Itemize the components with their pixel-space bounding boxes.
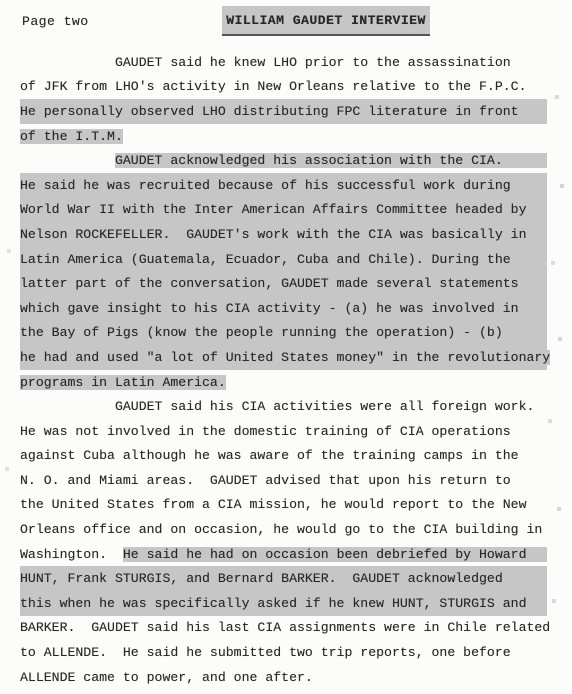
text-line: He said he was recruited because of his … [20, 173, 547, 198]
document-page: Page two WILLIAM GAUDET INTERVIEW GAUDET… [0, 0, 572, 694]
text-line: He was not involved in the domestic trai… [20, 419, 547, 444]
line-highlighted-text: He said he had on occasion been debriefe… [123, 547, 547, 562]
text-line: Washington. He said he had on occasion b… [20, 542, 547, 567]
line-highlighted-text: HUNT, Frank STURGIS, and Bernard BARKER.… [20, 571, 503, 586]
line-highlighted-text: He said he was recruited because of his … [20, 178, 511, 193]
line-highlighted-text: Latin America (Guatemala, Ecuador, Cuba … [20, 252, 511, 267]
text-line: World War II with the Inter American Aff… [20, 198, 547, 223]
text-line: He personally observed LHO distributing … [20, 99, 547, 124]
line-plain-text [20, 153, 115, 168]
text-line: which gave insight to his CIA activity -… [20, 296, 547, 321]
line-highlighted-text: Nelson ROCKEFELLER. GAUDET's work with t… [20, 227, 526, 242]
text-line: programs in Latin America. [20, 370, 547, 395]
text-line: GAUDET said his CIA activities were all … [20, 394, 547, 419]
line-plain-text: against Cuba although he was aware of th… [20, 448, 519, 463]
text-line: to ALLENDE. He said he submitted two tri… [20, 640, 547, 665]
line-highlighted-text: GAUDET acknowledged his association with… [115, 153, 547, 168]
text-line: Latin America (Guatemala, Ecuador, Cuba … [20, 247, 547, 272]
text-line: ALLENDE came to power, and one after. [20, 665, 547, 690]
page-number-label: Page two [22, 14, 89, 29]
line-plain-text: ALLENDE came to power, and one after. [20, 670, 313, 685]
text-line: N. O. and Miami areas. GAUDET advised th… [20, 468, 547, 493]
line-plain-text: to ALLENDE. He said he submitted two tri… [20, 645, 511, 660]
text-line: latter part of the conversation, GAUDET … [20, 271, 547, 296]
line-plain-text: BARKER. GAUDET said his last CIA assignm… [20, 620, 550, 635]
text-line: GAUDET said he knew LHO prior to the ass… [20, 50, 547, 75]
line-highlighted-text: programs in Latin America. [20, 375, 226, 390]
text-line: GAUDET acknowledged his association with… [20, 148, 547, 173]
text-line: BARKER. GAUDET said his last CIA assignm… [20, 616, 547, 641]
line-highlighted-text: he had and used "a lot of United States … [20, 350, 550, 365]
line-plain-text: N. O. and Miami areas. GAUDET advised th… [20, 473, 511, 488]
text-line: he had and used "a lot of United States … [20, 345, 547, 370]
text-line: the Bay of Pigs (know the people running… [20, 321, 547, 346]
line-highlighted-text: World War II with the Inter American Aff… [20, 202, 526, 217]
scan-noise-specks [0, 0, 2, 2]
text-line: Orleans office and on occasion, he would… [20, 517, 547, 542]
text-line: of JFK from LHO's activity in New Orlean… [20, 75, 547, 100]
line-plain-text: He was not involved in the domestic trai… [20, 424, 511, 439]
line-plain-text: GAUDET said his CIA activities were all … [20, 399, 534, 414]
page-title: WILLIAM GAUDET INTERVIEW [226, 13, 426, 28]
line-highlighted-text: of the I.T.M. [20, 129, 123, 144]
line-highlighted-text: He personally observed LHO distributing … [20, 104, 519, 119]
document-body: GAUDET said he knew LHO prior to the ass… [20, 50, 547, 689]
title-highlight-box: WILLIAM GAUDET INTERVIEW [222, 6, 430, 36]
text-line: this when he was specifically asked if h… [20, 591, 547, 616]
line-plain-text: GAUDET said he knew LHO prior to the ass… [20, 55, 511, 70]
line-plain-text: Washington. [20, 547, 123, 562]
line-plain-text: of JFK from LHO's activity in New Orlean… [20, 79, 526, 94]
line-highlighted-text: the Bay of Pigs (know the people running… [20, 325, 503, 340]
line-highlighted-text: which gave insight to his CIA activity -… [20, 301, 519, 316]
line-highlighted-text: this when he was specifically asked if h… [20, 596, 526, 611]
text-line: of the I.T.M. [20, 124, 547, 149]
text-line: HUNT, Frank STURGIS, and Bernard BARKER.… [20, 566, 547, 591]
line-highlighted-text: latter part of the conversation, GAUDET … [20, 276, 519, 291]
text-line: the United States from a CIA mission, he… [20, 493, 547, 518]
text-line: against Cuba although he was aware of th… [20, 444, 547, 469]
line-plain-text: the United States from a CIA mission, he… [20, 497, 526, 512]
line-plain-text: Orleans office and on occasion, he would… [20, 522, 542, 537]
text-line: Nelson ROCKEFELLER. GAUDET's work with t… [20, 222, 547, 247]
